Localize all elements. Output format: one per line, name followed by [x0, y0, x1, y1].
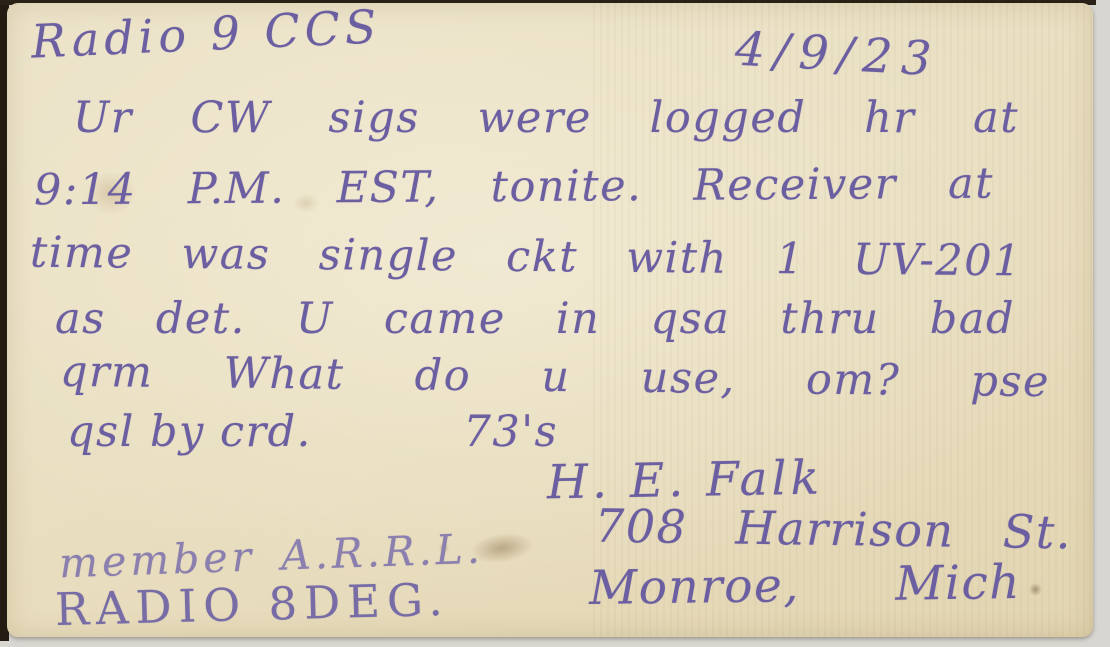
paper-stain [1029, 583, 1042, 596]
scanned-postcard-image: Radio 9 CCS 4/9/23 Ur CW sigs were logge… [0, 0, 1110, 647]
message-line-3: time was single ckt with 1 UV-201 [30, 230, 1022, 286]
message-line-1: Ur CW sigs were logged hr at [73, 95, 1019, 142]
postcard-paper: Radio 9 CCS 4/9/23 Ur CW sigs were logge… [7, 3, 1093, 637]
signature-street: 708 Harrison St. [595, 501, 1073, 558]
message-line-2: 9:14 P.M. EST, tonite. Receiver at [34, 161, 994, 215]
signature-city: Monroe, Mich [589, 557, 1022, 615]
message-line-4: as det. U came in qsa thru bad [55, 296, 1015, 343]
date: 4/9/23 [734, 24, 942, 86]
station-heading: Radio 9 CCS [30, 1, 382, 67]
message-line-5: qrm What do u use, om? pse [60, 349, 1050, 407]
message-line-6: qsl by crd. 73's [67, 409, 558, 456]
station-callsign: RADIO 8DEG. [54, 575, 450, 635]
